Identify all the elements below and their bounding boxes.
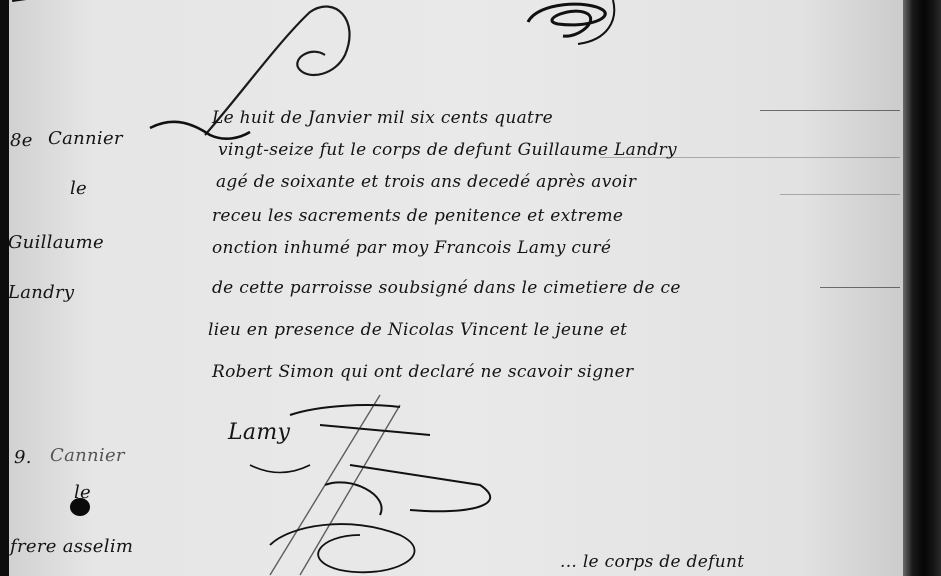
record-line-5: onction inhumé par moy Francois Lamy cur… xyxy=(212,238,611,258)
record-line-4: receu les sacrements de penitence et ext… xyxy=(212,206,623,226)
line-end-rule xyxy=(780,194,900,195)
margin-entry-2-number: 9. xyxy=(14,447,32,468)
line-end-rule xyxy=(600,157,900,158)
record-line-7: lieu en presence de Nicolas Vincent le j… xyxy=(208,320,627,340)
margin-entry-1-surname: Landry xyxy=(8,282,74,303)
next-entry-partial: ... le corps de defunt xyxy=(560,552,744,572)
margin-entry-1-given-name: Guillaume xyxy=(8,232,104,253)
margin-entry-1-number: 8e xyxy=(10,130,33,151)
signature-paraph-icon xyxy=(230,395,490,575)
margin-entry-1-le: le xyxy=(70,178,87,199)
record-line-6: de cette parroisse soubsigné dans le cim… xyxy=(212,278,681,298)
margin-entry-1-cannier: Cannier xyxy=(48,128,123,149)
register-page: 8e Cannier le Guillaume Landry 9. Cannie… xyxy=(0,0,941,576)
book-binding-gutter xyxy=(903,0,941,576)
paraph-flourish-icon xyxy=(518,0,638,60)
margin-entry-2-name: frere asselim xyxy=(10,536,133,557)
line-end-rule xyxy=(820,287,900,288)
line-end-rule xyxy=(760,110,900,111)
top-ink-stroke xyxy=(12,0,91,2)
ink-blot xyxy=(70,498,90,516)
record-line-1: Le huit de Janvier mil six cents quatre xyxy=(212,108,553,128)
record-line-8: Robert Simon qui ont declaré ne scavoir … xyxy=(212,362,633,382)
margin-entry-2-cannier: Cannier xyxy=(50,445,125,466)
record-line-3: agé de soixante et trois ans decedé aprè… xyxy=(216,172,636,192)
